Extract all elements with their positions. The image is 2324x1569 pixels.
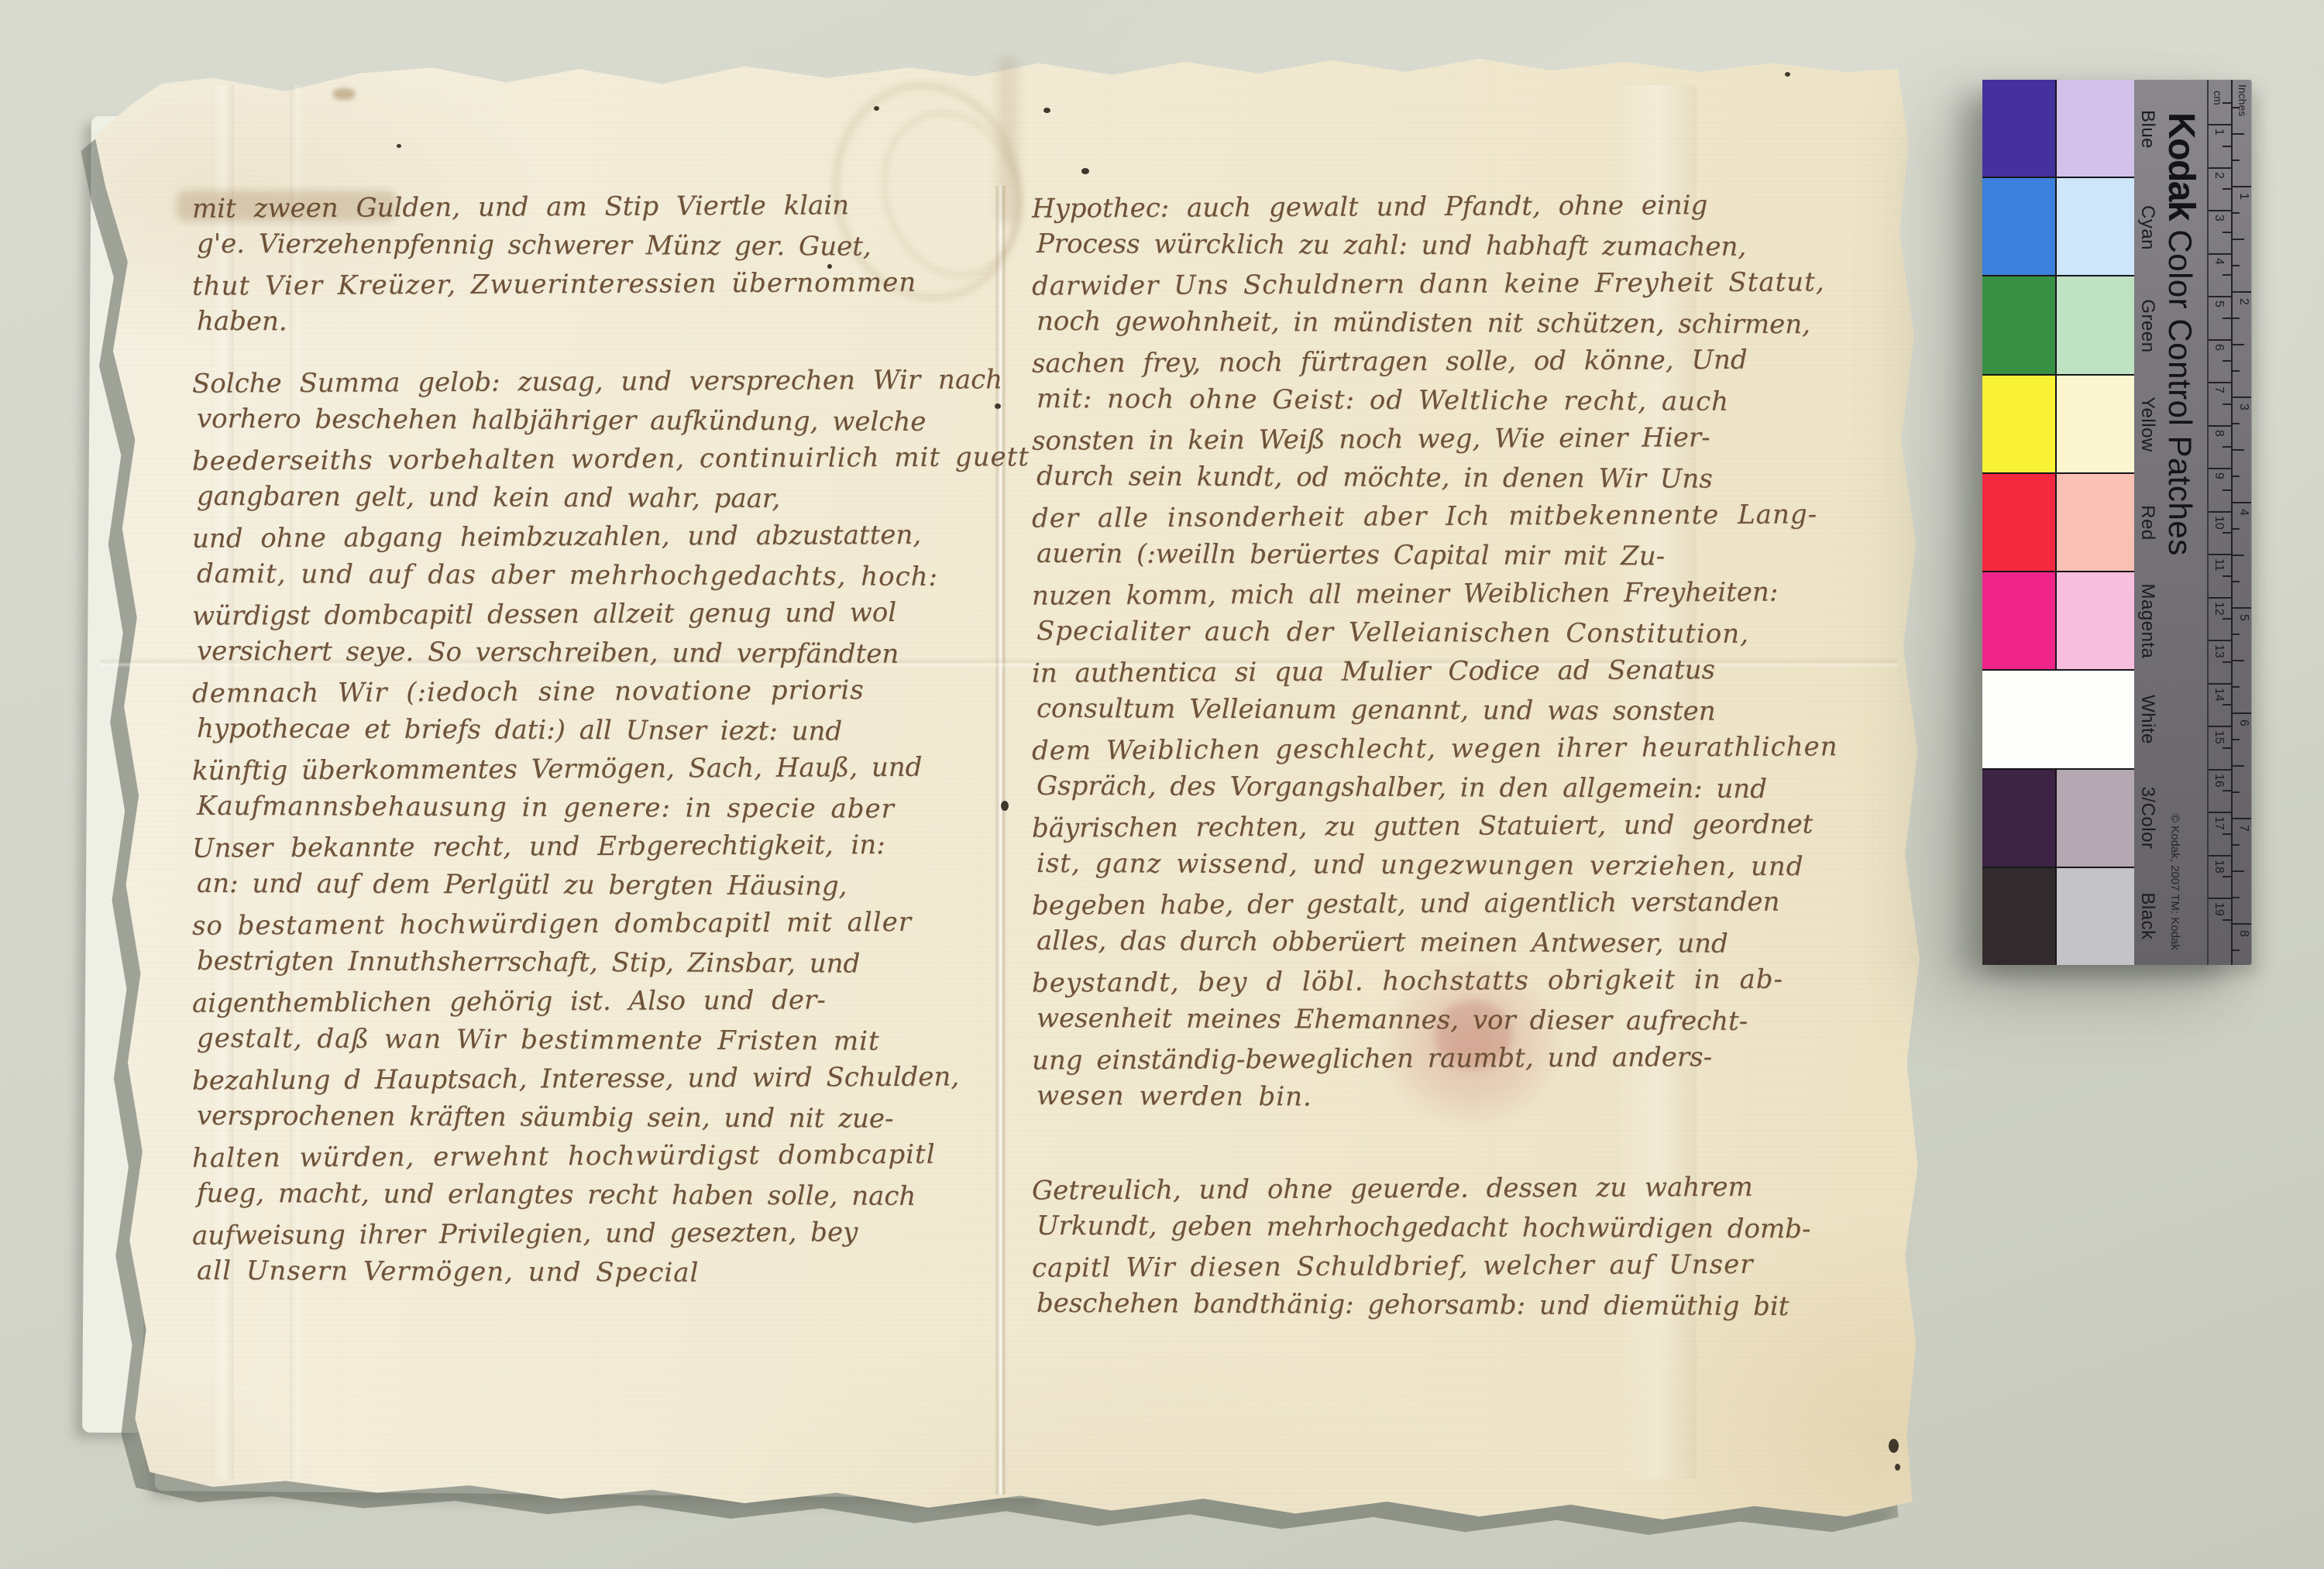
ruler-number-cm-9: 9 <box>2212 472 2226 479</box>
color-patches <box>1982 80 2134 965</box>
color-patch-blue-tint <box>2057 80 2134 177</box>
ink-blot <box>1889 1439 1899 1453</box>
ruler-number-cm-5: 5 <box>2212 300 2226 307</box>
color-patch-green-tint <box>2057 276 2134 373</box>
manuscript-line: sachen frey, noch fürtragen solle, od kö… <box>1032 340 1814 383</box>
color-patch-row-white <box>1982 671 2134 767</box>
manuscript-line: beederseiths vorbehalten worden, continu… <box>192 438 990 480</box>
ruler-tick-fraction <box>2233 160 2240 161</box>
manuscript-line: haben. <box>197 302 995 344</box>
ruler-tick-fraction <box>2233 107 2240 108</box>
manuscript-line: an: und auf dem Perlgütl zu bergten Häus… <box>197 864 995 906</box>
ruler-tick-fraction <box>2233 581 2240 582</box>
ruler-number-cm-13: 13 <box>2212 644 2226 658</box>
ruler-tick-cm <box>2209 726 2231 727</box>
ruler-number-inch-6: 6 <box>2236 719 2250 726</box>
ruler-tick-fraction <box>2233 897 2240 898</box>
ruler-tick-fraction <box>2233 528 2240 530</box>
color-patch-row-blue <box>1982 80 2134 177</box>
ruler-number-inch-1: 1 <box>2236 193 2250 200</box>
manuscript-line: ist, ganz wissend, und ungezwungen verzi… <box>1037 844 1819 886</box>
ruler-tick-inch <box>2233 186 2251 187</box>
color-patch-yellow-solid <box>1982 376 2055 472</box>
manuscript-line: demnach Wir (:iedoch sine novatione prio… <box>192 670 990 712</box>
color-patch-magenta-tint <box>2057 572 2134 669</box>
color-patch-3-color-tint <box>2057 770 2134 867</box>
color-patch-cyan-tint <box>2057 178 2134 275</box>
manuscript-line: begeben habe, der gestalt, und aigentlic… <box>1032 882 1814 925</box>
manuscript-line: ung einständig-beweglichen raumbt, und a… <box>1032 1037 1814 1080</box>
ruler-tick-fraction <box>2233 370 2240 372</box>
ruler-number-cm-7: 7 <box>2212 386 2226 393</box>
ruler-number-cm-14: 14 <box>2212 688 2226 702</box>
color-patch-row-yellow <box>1982 376 2134 472</box>
ruler-tick-cm <box>2209 640 2231 641</box>
manuscript-line: auerin (:weilln berüertes Capital mir mi… <box>1037 534 1819 576</box>
ruler-tick-halfcm <box>2223 232 2231 233</box>
manuscript-line: Gspräch, des Vorgangshalber, in den allg… <box>1037 767 1819 809</box>
scanner-background: mit zween Gulden, und am Stip Viertle kl… <box>0 0 2324 1569</box>
manuscript-line: wesen werden bin. <box>1037 1076 1819 1118</box>
ruler-tick-halfcm <box>2223 790 2231 791</box>
ink-blot <box>1895 1464 1900 1471</box>
manuscript-line: consultum Velleianum genannt, und was so… <box>1037 689 1819 731</box>
manuscript-line: beystandt, bey d löbl. hochstatts obrigk… <box>1032 960 1814 1002</box>
ruler-tick-cm <box>2209 468 2231 469</box>
ruler-number-inch-4: 4 <box>2236 509 2250 516</box>
ruler-tick-cm <box>2209 167 2231 169</box>
ruler-tick-cm <box>2209 769 2231 771</box>
manuscript-line: Process würcklich zu zahl: und habhaft z… <box>1037 225 1819 266</box>
ruler-tick-fraction <box>2233 791 2240 793</box>
ruler-tick-cm <box>2209 124 2231 125</box>
ruler-number-inch-2: 2 <box>2236 298 2250 305</box>
manuscript-line: vorhero beschehen halbjähriger aufkündun… <box>197 400 995 441</box>
ruler-number-cm-10: 10 <box>2212 516 2226 530</box>
ruler-tick-halfcm <box>2223 833 2231 835</box>
ruler-tick-fraction <box>2233 870 2244 872</box>
ruler-tick-fraction <box>2233 318 2240 319</box>
color-patch-3-color-solid <box>1982 770 2055 867</box>
ruler-tick-cm <box>2209 382 2231 383</box>
manuscript-line: aigenthemblichen gehörig ist. Also und d… <box>192 980 990 1022</box>
color-name-label-black: Black <box>2136 892 2159 939</box>
color-patch-black-solid <box>1982 868 2055 965</box>
color-patch-blue-solid <box>1982 80 2055 177</box>
color-name-label-white: White <box>2136 695 2159 744</box>
ruler-tick-halfcm <box>2223 575 2231 577</box>
ruler-tick-cm <box>2209 812 2231 813</box>
color-patch-row-cyan <box>1982 178 2134 275</box>
manuscript-line: versichert seye. So verschreiben, und ve… <box>197 632 995 674</box>
ruler-tick-halfcm <box>2223 360 2231 362</box>
ruler-number-cm-15: 15 <box>2212 730 2226 744</box>
ruler-tick-fraction <box>2233 423 2240 424</box>
ruler-tick-halfcm <box>2223 919 2231 921</box>
ruler-tick-halfcm <box>2223 747 2231 749</box>
color-name-label-magenta: Magenta <box>2136 583 2159 658</box>
ruler-tick-cm <box>2209 683 2231 685</box>
manuscript-line: Hypothec: auch gewalt und Pfandt, ohne e… <box>1032 185 1814 228</box>
manuscript-line: nuzen komm, mich all meiner Weiblichen F… <box>1032 572 1814 615</box>
ruler-number-inch-5: 5 <box>2236 614 2250 621</box>
left-page-text: mit zween Gulden, und am Stip Viertle kl… <box>192 187 990 1312</box>
manuscript-paragraph: mit zween Gulden, und am Stip Viertle kl… <box>192 187 990 342</box>
color-patch-magenta-solid <box>1982 572 2055 669</box>
ruler-number-inch-8: 8 <box>2236 930 2250 937</box>
color-name-label-blue: Blue <box>2136 109 2159 148</box>
ruler-tick-halfcm <box>2223 274 2231 276</box>
manuscript-line: mit zween Gulden, und am Stip Viertle kl… <box>192 185 990 228</box>
manuscript-line: würdigst dombcapitl dessen allzeit genug… <box>192 592 990 635</box>
manuscript-line: und ohne abgang heimbzuzahlen, und abzus… <box>192 515 990 558</box>
ruler-tick-halfcm <box>2223 446 2231 448</box>
color-name-label-green: Green <box>2136 299 2159 352</box>
color-name-label-3-color: 3/Color <box>2136 786 2159 849</box>
ruler-tick-fraction <box>2233 633 2240 635</box>
ruler-tick-fraction <box>2233 476 2240 477</box>
ruler-tick-inch <box>2233 502 2251 503</box>
manuscript-line: der alle insonderheit aber Ich mitbekenn… <box>1032 495 1814 537</box>
color-patch-row-3-color <box>1982 770 2134 867</box>
ruler-tick-fraction <box>2233 344 2244 345</box>
ruler-number-cm-12: 12 <box>2212 602 2226 616</box>
manuscript-line: noch gewohnheit, in mündisten nit schütz… <box>1037 302 1819 344</box>
ruler-tick-halfcm <box>2223 704 2231 706</box>
ruler-tick-inch <box>2233 397 2251 398</box>
kodak-logo-text: Kodak <box>2161 112 2202 220</box>
manuscript-line: Kaufmannsbehausung in genere: in specie … <box>197 787 995 829</box>
ink-speck <box>1785 72 1790 77</box>
manuscript-line: darwider Uns Schuldnern dann keine Freyh… <box>1032 263 1814 305</box>
strip-ruler: cm Inches 123456789101112131415161718191… <box>2209 80 2252 965</box>
manuscript-line: sonsten in kein Weiß noch weg, Wie einer… <box>1032 417 1814 460</box>
ruler-tick-cm <box>2209 339 2231 341</box>
ruler-number-inch-3: 3 <box>2236 403 2250 410</box>
manuscript-line: gangbaren gelt, und kein and wahr, paar, <box>197 477 995 519</box>
manuscript-paragraph: Getreulich, und ohne geuerde. dessen zu … <box>1032 1169 1814 1324</box>
ruler-number-cm-8: 8 <box>2212 430 2226 437</box>
ruler-tick-inch <box>2233 291 2251 293</box>
ruler-tick-halfcm <box>2223 876 2231 877</box>
ruler-tick-inch <box>2233 607 2251 609</box>
color-patch-red-solid <box>1982 474 2055 571</box>
strip-title: Kodak Color Control Patches <box>2156 112 2205 556</box>
ruler-number-inch-7: 7 <box>2236 825 2250 832</box>
manuscript-line: durch sein kundt, od möchte, in denen Wi… <box>1037 457 1819 499</box>
manuscript-line: hypothecae et briefs dati:) all Unser ie… <box>197 709 995 751</box>
ink-speck <box>874 106 879 111</box>
ruler-tick-cm <box>2209 253 2231 255</box>
color-patch-row-black <box>1982 868 2134 965</box>
manuscript-line: bäyrischen rechten, zu gutten Statuiert,… <box>1032 805 1814 847</box>
manuscript-line: so bestament hochwürdigen dombcapitl mit… <box>192 902 990 945</box>
ruler-tick-fraction <box>2233 739 2240 740</box>
manuscript-line: thut Vier Kreüzer, Zwuerinteressien über… <box>192 263 990 305</box>
color-patch-row-green <box>1982 276 2134 373</box>
manuscript-line: dem Weiblichen geschlecht, wegen ihrer h… <box>1032 727 1814 770</box>
color-patch-white <box>1982 671 2134 767</box>
foxing-smudge <box>333 88 355 100</box>
ruler-tick-cm <box>2209 210 2231 211</box>
manuscript-line: fueg, macht, und erlangtes recht haben s… <box>197 1174 995 1216</box>
manuscript-line: alles, das durch obberüert meinen Antwes… <box>1037 922 1819 963</box>
ruler-tick-cm <box>2209 511 2231 513</box>
ruler-number-cm-16: 16 <box>2212 774 2226 788</box>
ruler-tick-cm <box>2209 597 2231 599</box>
ruler-tick-fraction <box>2233 949 2240 951</box>
ink-speck <box>1043 108 1050 113</box>
manuscript-line: wesenheit meines Ehemannes, vor dieser a… <box>1037 999 1819 1041</box>
ruler-number-cm-17: 17 <box>2212 816 2226 830</box>
manuscript-paragraph: Solche Summa gelob: zusag, und versprech… <box>192 362 990 1292</box>
ruler-number-cm-3: 3 <box>2212 215 2226 221</box>
manuscript-line: aufweisung ihrer Privilegien, und gesezt… <box>192 1212 990 1255</box>
ruler-tick-halfcm <box>2223 403 2231 405</box>
manuscript-line: Getreulich, und ohne geuerde. dessen zu … <box>1032 1167 1814 1210</box>
manuscript-line: Urkundt, geben mehrhochgedacht hochwürdi… <box>1037 1207 1819 1248</box>
color-name-label-yellow: Yellow <box>2136 397 2159 452</box>
color-name-label-cyan: Cyan <box>2136 204 2159 249</box>
strip-copyright: © Kodak, 2007 TM: Kodak <box>2167 814 2182 950</box>
manuscript-line: Specialiter auch der Velleianischen Cons… <box>1037 612 1819 654</box>
ruler-number-cm-4: 4 <box>2212 258 2226 265</box>
right-page-text: Hypothec: auch gewalt und Pfandt, ohne e… <box>1032 187 1814 1344</box>
ink-speck <box>1081 168 1089 174</box>
color-patch-green-solid <box>1982 276 2055 373</box>
ruler-tick-fraction <box>2233 686 2240 688</box>
kodak-color-strip: Kodak Color Control Patches © Kodak, 200… <box>1982 80 2251 965</box>
strip-label-bar: Kodak Color Control Patches © Kodak, 200… <box>2134 80 2209 965</box>
ruler-tick-halfcm <box>2223 102 2231 104</box>
fold-hole <box>1001 801 1009 811</box>
manuscript-line: in authentica si qua Mulier Codice ad Se… <box>1032 650 1814 692</box>
ruler-tick-cm <box>2209 898 2231 899</box>
ruler-tick-fraction <box>2233 212 2240 214</box>
manuscript-line: Solche Summa gelob: zusag, und versprech… <box>192 360 990 403</box>
ruler-tick-fraction <box>2233 449 2244 451</box>
ruler-tick-fraction <box>2233 239 2244 240</box>
manuscript-line: bezahlung d Hauptsach, Interesse, und wi… <box>192 1057 990 1100</box>
ruler-tick-fraction <box>2233 554 2244 556</box>
ruler-number-cm-1: 1 <box>2212 129 2226 136</box>
ink-speck <box>397 144 401 148</box>
ruler-tick-inch <box>2233 712 2251 714</box>
ruler-tick-fraction <box>2233 765 2244 767</box>
ruler-tick-halfcm <box>2223 489 2231 491</box>
ruler-tick-inch <box>2233 818 2251 819</box>
manuscript-line: damit, und auf das aber mehrhochgedachts… <box>197 554 995 596</box>
color-patch-black-tint <box>2057 868 2134 965</box>
color-patch-cyan-solid <box>1982 178 2055 275</box>
manuscript-line: künftig überkommentes Vermögen, Sach, Ha… <box>192 747 990 790</box>
ruler-tick-fraction <box>2233 265 2240 266</box>
color-patch-row-red <box>1982 474 2134 571</box>
ruler-tick-cm <box>2209 554 2231 555</box>
ghost-ink-smear <box>998 56 1018 222</box>
manuscript-line: bestrigten Innuthsherrschaft, Stip, Zins… <box>197 942 995 984</box>
ruler-tick-cm <box>2209 296 2231 297</box>
ruler-tick-cm <box>2209 855 2231 857</box>
ruler-number-cm-6: 6 <box>2212 344 2226 351</box>
manuscript-line: g'e. Vierzehenpfennig schwerer Münz ger.… <box>197 225 995 266</box>
ruler-tick-halfcm <box>2223 532 2231 534</box>
manuscript-line: versprochenen kräften säumbig sein, und … <box>197 1097 995 1138</box>
ink-speck <box>995 403 1001 409</box>
strip-title-rest: Color Control Patches <box>2162 229 2199 555</box>
ruler-tick-fraction <box>2233 844 2240 846</box>
manuscript-line: all Unsern Vermögen, und Special <box>197 1251 995 1293</box>
color-patch-yellow-tint <box>2057 376 2134 472</box>
ruler-inches-label: Inches <box>2236 84 2249 116</box>
manuscript-line: halten würden, erwehnt hochwürdigst domb… <box>192 1135 990 1177</box>
manuscript-line: Unser bekannte recht, und Erbgerechtigke… <box>192 825 990 867</box>
ruler-tick-halfcm <box>2223 661 2231 663</box>
ruler-tick-cm <box>2209 425 2231 427</box>
ruler-number-cm-18: 18 <box>2212 860 2226 874</box>
ruler-tick-inch <box>2233 923 2251 925</box>
manuscript-line: gestalt, daß wan Wir bestimmente Fristen… <box>197 1019 995 1061</box>
manuscript-line: beschehen bandthänig: gehorsamb: und die… <box>1037 1284 1819 1326</box>
ruler-tick-halfcm <box>2223 146 2231 147</box>
color-name-label-red: Red <box>2136 505 2159 541</box>
ruler-tick-halfcm <box>2223 618 2231 620</box>
manuscript-line: mit: noch ohne Geist: od Weltliche recht… <box>1037 379 1819 421</box>
ruler-tick-fraction <box>2233 133 2244 135</box>
color-patch-red-tint <box>2057 474 2134 571</box>
ruler-number-cm-11: 11 <box>2212 558 2226 572</box>
ruler-tick-halfcm <box>2223 188 2231 190</box>
ruler-number-cm-2: 2 <box>2212 172 2226 179</box>
ruler-tick-halfcm <box>2223 318 2231 319</box>
manuscript-paragraph: Hypothec: auch gewalt und Pfandt, ohne e… <box>1032 187 1814 1117</box>
manuscript-line: capitl Wir diesen Schuldbrief, welcher a… <box>1032 1245 1814 1287</box>
color-patch-row-magenta <box>1982 572 2134 669</box>
ruler-tick-fraction <box>2233 660 2244 661</box>
ruler-number-cm-19: 19 <box>2212 902 2226 916</box>
